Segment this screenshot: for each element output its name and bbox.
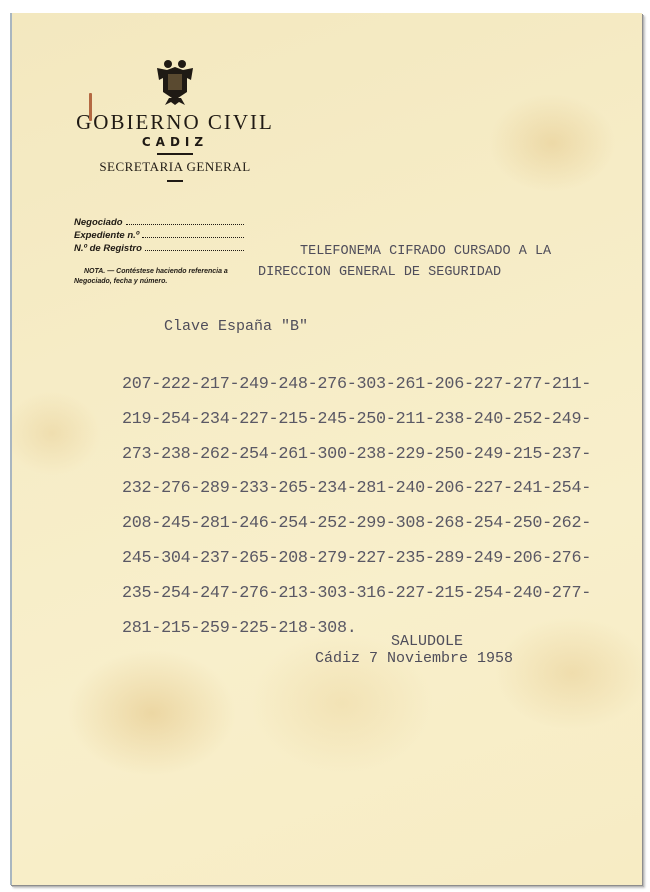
note-line: NOTA. — Contéstese haciendo referencia a: [74, 267, 244, 277]
cipher-text: 207-222-217-249-248-276-303-261-206-227-…: [122, 368, 591, 646]
divider: [167, 180, 183, 182]
note-line: Negociado, fecha y número.: [74, 277, 244, 287]
cipher-row: 245-304-237-265-208-279-227-235-289-249-…: [122, 542, 591, 577]
field-label: Expediente n.º: [74, 230, 139, 241]
field-registro: N.º de Registro: [74, 242, 244, 255]
cipher-row: 232-276-289-233-265-234-281-240-206-227-…: [122, 472, 591, 507]
field-label: N.º de Registro: [74, 243, 142, 254]
heading-line: DIRECCION GENERAL DE SEGURIDAD: [258, 262, 551, 283]
office-department: SECRETARIA GENERAL: [60, 159, 290, 175]
field-label: Negociado: [74, 217, 123, 228]
salutation: SALUDOLE: [315, 633, 513, 650]
field-blank-line: [142, 229, 244, 238]
office-city: CADIZ: [60, 135, 290, 149]
field-blank-line: [145, 242, 244, 251]
heading-line: TELEFONEMA CIFRADO CURSADO A LA: [258, 241, 551, 262]
divider: [157, 153, 193, 155]
field-blank-line: [126, 216, 244, 225]
field-negociado: Negociado: [74, 216, 244, 229]
form-fields: Negociado Expediente n.º N.º de Registro…: [74, 216, 244, 287]
cipher-row: 235-254-247-276-213-303-316-227-215-254-…: [122, 577, 591, 612]
field-expediente: Expediente n.º: [74, 229, 244, 242]
document-page: GOBIERNO CIVIL CADIZ SECRETARIA GENERAL …: [10, 13, 642, 885]
coat-of-arms-eagle-icon: [153, 58, 197, 106]
letterhead: GOBIERNO CIVIL CADIZ SECRETARIA GENERAL: [60, 58, 290, 186]
reference-note: NOTA. — Contéstese haciendo referencia a…: [74, 267, 244, 287]
office-title: GOBIERNO CIVIL: [60, 110, 290, 135]
closing: SALUDOLE Cádiz 7 Noviembre 1958: [315, 633, 513, 667]
telegram-heading: TELEFONEMA CIFRADO CURSADO A LA DIRECCIO…: [258, 241, 551, 283]
cipher-row: 219-254-234-227-215-245-250-211-238-240-…: [122, 403, 591, 438]
cipher-key: Clave España "B": [164, 318, 308, 335]
cipher-row: 207-222-217-249-248-276-303-261-206-227-…: [122, 368, 591, 403]
cipher-row: 208-245-281-246-254-252-299-308-268-254-…: [122, 507, 591, 542]
cipher-row: 273-238-262-254-261-300-238-229-250-249-…: [122, 438, 591, 473]
place-date: Cádiz 7 Noviembre 1958: [315, 650, 513, 667]
